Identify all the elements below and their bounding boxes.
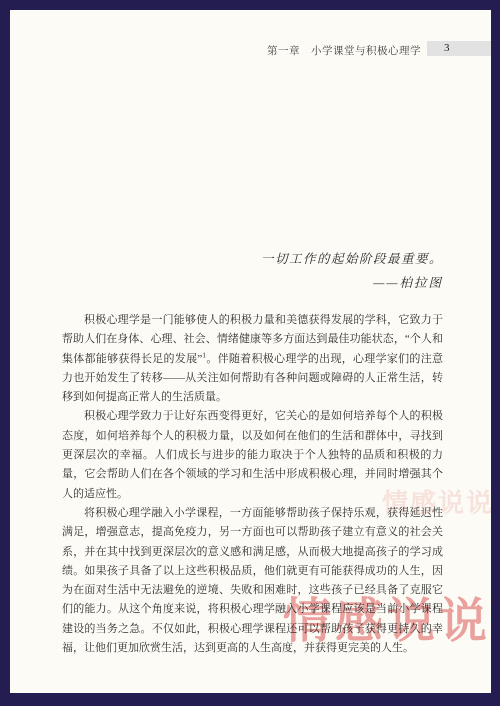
paragraph-3: 将积极心理学融入小学课程，一方面能够帮助孩子保持乐观，获得延迟性满足，增强意志，… [62,504,443,658]
page-number-box: 3 [427,41,491,56]
paragraph-1: 积极心理学是一门能够使人的积极力量和美德获得发展的学科，它致力于帮助人们在身体、… [62,311,443,407]
running-head-chapter-title: 第一章 小学课堂与积极心理学 [267,43,421,58]
book-page-frame: 第一章 小学课堂与积极心理学 3 一切工作的起始阶段最重要。 ——柏拉图 情感说… [0,0,500,706]
epigraph-text: 一切工作的起始阶段最重要。 [261,247,443,271]
epigraph-attribution: ——柏拉图 [261,271,443,295]
paragraph-2: 积极心理学致力于让好东西变得更好，它关心的是如何培养每个人的积极态度，如何培养每… [62,407,443,503]
epigraph: 一切工作的起始阶段最重要。 ——柏拉图 [261,247,443,295]
page-number: 3 [444,42,450,54]
book-page: 第一章 小学课堂与积极心理学 3 一切工作的起始阶段最重要。 ——柏拉图 情感说… [10,10,491,693]
body-text: 积极心理学是一门能够使人的积极力量和美德获得发展的学科，它致力于帮助人们在身体、… [62,311,443,658]
